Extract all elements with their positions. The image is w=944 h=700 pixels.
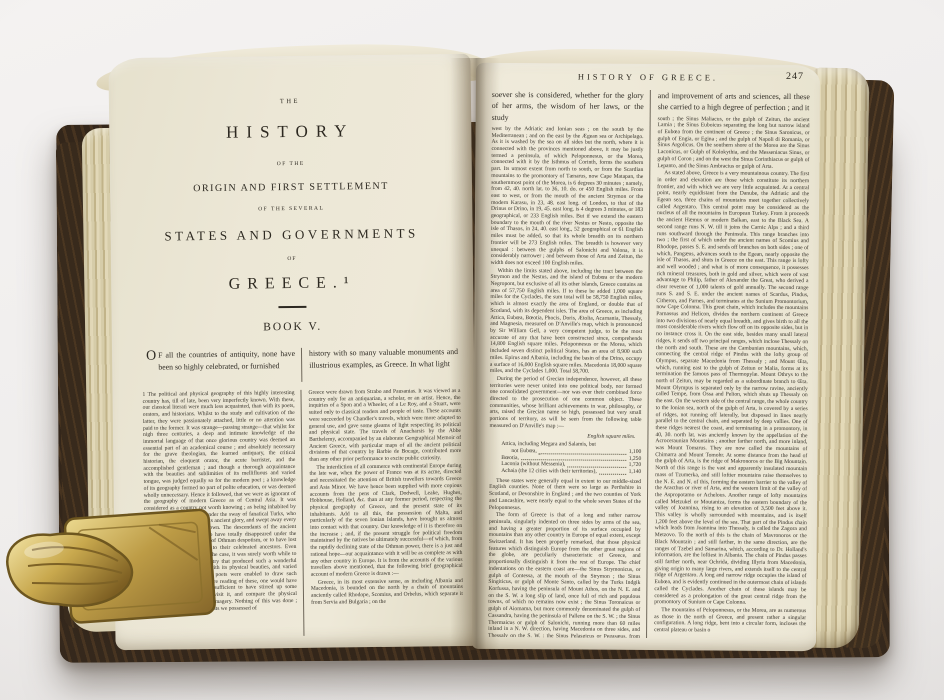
- title-of-the-several: OF THE SEVERAL: [144, 204, 438, 214]
- body-text: south ; the Sinus Maliacus, or the gulph…: [654, 116, 810, 635]
- right-page-columns: soever she is considered, whether for th…: [488, 89, 810, 639]
- title-book-v: BOOK V.: [146, 319, 440, 335]
- body-paragraph: During the period of Grecian independenc…: [489, 376, 641, 431]
- opening-text-1: F all the countries of antiquity, none h…: [158, 349, 295, 371]
- title-rule: [278, 306, 306, 308]
- body-paragraph: Within the limits stated above, includin…: [490, 268, 643, 376]
- title-history: HISTORY: [143, 120, 437, 144]
- opening-column-2: history with so many valuable monuments …: [301, 346, 458, 382]
- brass-hand-page-holder: [2, 506, 230, 644]
- right-column-2: and improvement of arts and sciences, al…: [646, 90, 810, 639]
- right-page: HISTORY OF GREECE. 247 soever she is con…: [472, 63, 820, 651]
- right-column-1: soever she is considered, whether for th…: [488, 89, 650, 638]
- title-origin-settlement: ORIGIN AND FIRST SETTLEMENT: [144, 180, 438, 195]
- title-block: THE HISTORY OF THE ORIGIN AND FIRST SETT…: [143, 96, 440, 335]
- opening-paragraph: OF all the countries of antiquity, none …: [146, 348, 295, 373]
- opening-text: OF all the countries of antiquity, none …: [146, 346, 458, 384]
- table-row-label: Achaia (the 12 cities with their territo…: [501, 468, 597, 475]
- body-paragraph: The mountains of Peloponnesus, or the Mo…: [654, 607, 806, 635]
- title-the: THE: [143, 96, 437, 107]
- body-paragraph: As stated above, Greece is a very mounta…: [654, 170, 809, 607]
- title-greece: GREECE.¹: [145, 273, 439, 295]
- table-row: Achaia (the 12 cities with their territo…: [495, 468, 641, 476]
- table-row-value: 1,140: [629, 469, 642, 476]
- opening-column-1: OF all the countries of antiquity, none …: [146, 348, 301, 384]
- footnote-paragraph: Greece, in its most extensive sense, as …: [311, 578, 463, 607]
- area-table: English square miles. Attica, including …: [495, 432, 641, 475]
- body-paragraph: The form of Greece is that of a long and…: [488, 512, 641, 638]
- body-paragraph: south ; the Sinus Maliacus, or the gulph…: [657, 116, 809, 171]
- body-text: west by the Adriatic and Ionian seas ; o…: [488, 126, 644, 638]
- footnote-paragraph: The interdiction of all commerce with co…: [309, 463, 462, 579]
- table-caption: English square miles.: [495, 432, 635, 440]
- title-states-governments: STATES AND GOVERNMENTS: [144, 225, 438, 245]
- dot-leader: [599, 473, 627, 474]
- photo-scene: THE HISTORY OF THE ORIGIN AND FIRST SETT…: [0, 0, 944, 700]
- body-paragraph: west by the Adriatic and Ionian seas ; o…: [491, 126, 644, 268]
- footnote-paragraph: Greece were drawn from Strabo and Pausan…: [308, 388, 461, 464]
- title-of-the: OF THE: [144, 159, 438, 169]
- lead-text: soever she is considered, whether for th…: [492, 89, 644, 124]
- opening-text-2: history with so many valuable monuments …: [309, 346, 458, 371]
- page-number: 247: [786, 71, 804, 82]
- running-head: HISTORY OF GREECE.: [476, 71, 820, 83]
- body-paragraph: These states were generally equal in ext…: [489, 478, 641, 513]
- drop-cap: O: [146, 351, 156, 362]
- title-of: OF: [145, 254, 439, 264]
- footnote-column-2: Greece were drawn from Strabo and Pausan…: [300, 388, 463, 636]
- lead-text: and improvement of arts and sciences, al…: [658, 90, 810, 114]
